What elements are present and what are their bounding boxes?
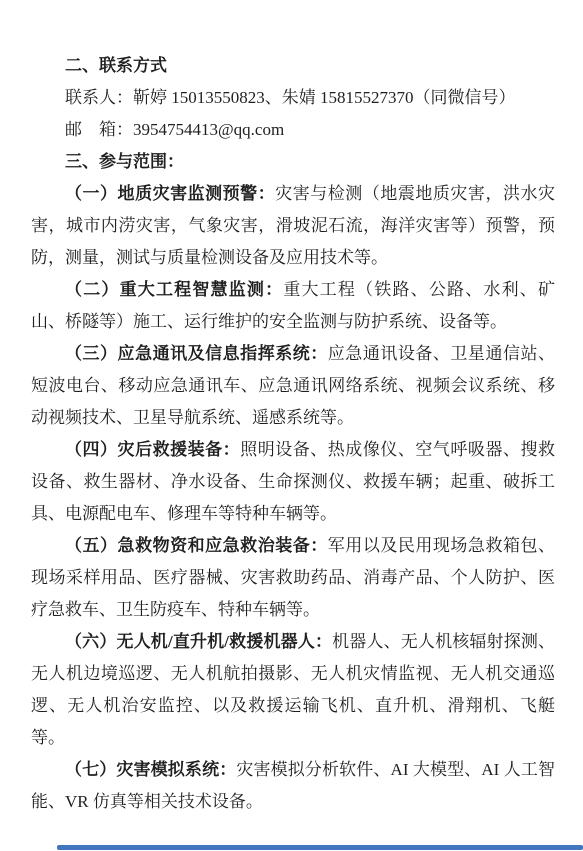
scope-item-5: （五）急救物资和应急救治装备：军用以及民用现场急救箱包、现场采样用品、医疗器械、… — [31, 530, 555, 626]
scope-item-4-lead: （四）灾后救援装备： — [65, 440, 240, 459]
scope-item-6-lead: （六）无人机/直升机/救援机器人： — [65, 632, 332, 651]
scope-item-4: （四）灾后救援装备：照明设备、热成像仪、空气呼吸器、搜救设备、救生器材、净水设备… — [31, 434, 555, 530]
scope-item-2-lead: （二）重大工程智慧监测： — [65, 280, 283, 299]
scope-item-1-lead: （一）地质灾害监测预警： — [65, 184, 275, 203]
scope-item-7-lead: （七）灾害模拟系统： — [65, 760, 236, 779]
contact-section-heading: 二、联系方式 — [31, 50, 555, 82]
scope-item-7: （七）灾害模拟系统：灾害模拟分析软件、AI 大模型、AI 人工智能、VR 仿真等… — [31, 754, 555, 818]
scope-item-2: （二）重大工程智慧监测：重大工程（铁路、公路、水利、矿山、桥隧等）施工、运行维护… — [31, 274, 555, 338]
bottom-accent-bar — [57, 845, 583, 850]
scope-item-3-lead: （三）应急通讯及信息指挥系统： — [65, 344, 328, 363]
contact-email-line: 邮 箱：3954754413@qq.com — [31, 114, 555, 146]
document-content: 二、联系方式 联系人：靳婷 15013550823、朱婧 15815527370… — [31, 50, 555, 818]
scope-item-5-lead: （五）急救物资和应急救治装备： — [65, 536, 328, 555]
scope-section-heading: 三、参与范围： — [31, 146, 555, 178]
scope-item-3: （三）应急通讯及信息指挥系统：应急通讯设备、卫星通信站、短波电台、移动应急通讯车… — [31, 338, 555, 434]
scope-item-1: （一）地质灾害监测预警：灾害与检测（地震地质灾害，洪水灾害，城市内涝灾害，气象灾… — [31, 178, 555, 274]
document-page: 二、联系方式 联系人：靳婷 15013550823、朱婧 15815527370… — [0, 0, 583, 851]
contact-person-line: 联系人：靳婷 15013550823、朱婧 15815527370（同微信号） — [31, 82, 555, 114]
scope-item-6: （六）无人机/直升机/救援机器人：机器人、无人机核辐射探测、无人机边境巡逻、无人… — [31, 626, 555, 754]
